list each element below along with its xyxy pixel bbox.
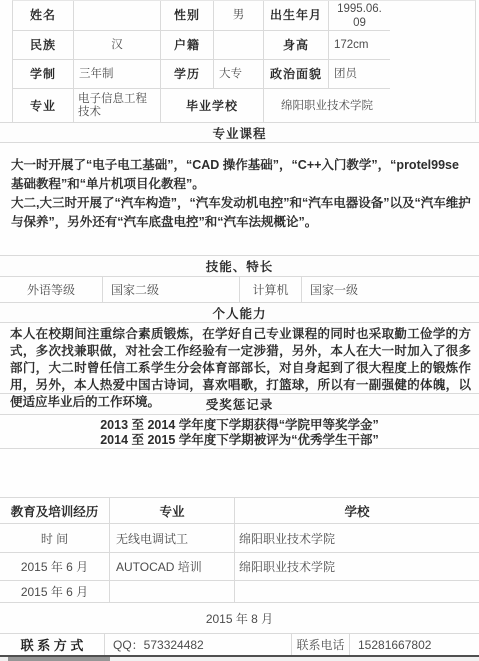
courses-text-block: 大一时开展了“电子电工基础”，“CAD 操作基础”，“C++入门教学”，“pro… [0,143,479,255]
political-label: 政治面貌 [264,60,329,89]
education-school: 绵阳职业技术学院 [235,524,479,553]
section-header-skills: 技能、特长 [0,255,479,277]
education-school [235,581,479,603]
degree-value: 大专 [214,60,264,89]
contact-phone-value: 15281667802 [350,634,479,655]
gender-value: 男 [214,1,264,31]
education-table: 教育及培训经历 专业 学校 时 间 无线电调试工 绵阳职业技术学院 2015 年… [0,497,479,633]
section-header-courses: 专业课程 [0,122,479,143]
education-school: 绵阳职业技术学院 [235,553,479,581]
education-row: 2015 年 6 月 AUTOCAD 培训 绵阳职业技术学院 [0,553,479,581]
blank-spacer [0,449,479,497]
education-major: AUTOCAD 培训 [110,553,235,581]
education-row: 2015 年 6 月 [0,581,479,603]
education-footer-date: 2015 年 8 月 [0,603,479,633]
name-label: 姓名 [13,1,74,31]
contact-row: 联 系 方 式 QQ：573324482 联系电话 15281667802 [0,633,479,657]
birth-label: 出生年月 [264,1,329,31]
political-value: 团员 [329,60,391,89]
height-value: 172cm [329,31,391,60]
contact-label: 联 系 方 式 [0,634,105,655]
awards-block: 2013 至 2014 学年度下学期获得“学院甲等奖学金” 2014 至 201… [0,415,479,449]
foreign-language-label: 外语等级 [0,277,103,302]
education-header-row: 教育及培训经历 专业 学校 [0,498,479,524]
schooling-value: 三年制 [74,60,161,89]
award-line-1: 2013 至 2014 学年度下学期获得“学院甲等奖学金” [0,418,479,433]
education-time: 2015 年 6 月 [0,581,110,603]
name-value [74,1,161,31]
section-header-ability: 个人能力 [0,302,479,323]
computer-label: 计算机 [240,277,302,302]
computer-value: 国家一级 [302,277,479,302]
major-value: 电子信息工程技术 [74,89,161,123]
skills-row: 外语等级 国家二级 计算机 国家一级 [0,277,479,302]
education-header-experience: 教育及培训经历 [0,498,110,524]
birth-value: 1995.06.09 [329,1,391,31]
foreign-language-value: 国家二级 [103,277,240,302]
ethnicity-label: 民族 [13,31,74,60]
education-major: 无线电调试工 [110,524,235,553]
ethnicity-value: 汉 [74,31,161,60]
grad-school-label: 毕业学校 [161,89,264,123]
registry-label: 户籍 [161,31,214,60]
registry-value [214,31,264,60]
horizontal-scrollbar[interactable] [0,657,479,661]
education-header-major: 专业 [110,498,235,524]
gender-label: 性别 [161,1,214,31]
scrollbar-thumb[interactable] [8,657,110,661]
major-label: 专业 [13,89,74,123]
award-line-2: 2014 至 2015 学年度下学期被评为“优秀学生干部” [0,433,479,448]
schooling-label: 学制 [13,60,74,89]
courses-paragraph-2: 大二,大三时开展了“汽车构造”，“汽车发动机电控”和“汽车电器设备”以及“汽车维… [11,194,471,232]
height-label: 身高 [264,31,329,60]
grad-school-value: 绵阳职业技术学院 [264,89,391,123]
courses-paragraph-1: 大一时开展了“电子电工基础”，“CAD 操作基础”，“C++入门教学”，“pro… [11,156,471,194]
ability-text-block: 本人在校期间注重综合素质锻炼，在学好自己专业课程的同时也采取勤工俭学的方式，多次… [0,323,479,393]
education-header-school: 学校 [235,498,479,524]
contact-qq-value: QQ：573324482 [105,634,292,655]
basic-info-grid: 姓名 性别 男 出生年月 1995.06.09 民族 汉 户籍 身高 172cm… [12,0,390,122]
degree-label: 学历 [161,60,214,89]
contact-phone-label: 联系电话 [292,634,350,655]
education-major [110,581,235,603]
education-time: 时 间 [0,524,110,553]
education-row: 时 间 无线电调试工 绵阳职业技术学院 [0,524,479,553]
resume-document: 姓名 性别 男 出生年月 1995.06.09 民族 汉 户籍 身高 172cm… [0,0,479,661]
photo-placeholder [390,0,476,122]
education-time: 2015 年 6 月 [0,553,110,581]
basic-info-table: 姓名 性别 男 出生年月 1995.06.09 民族 汉 户籍 身高 172cm… [0,0,479,122]
